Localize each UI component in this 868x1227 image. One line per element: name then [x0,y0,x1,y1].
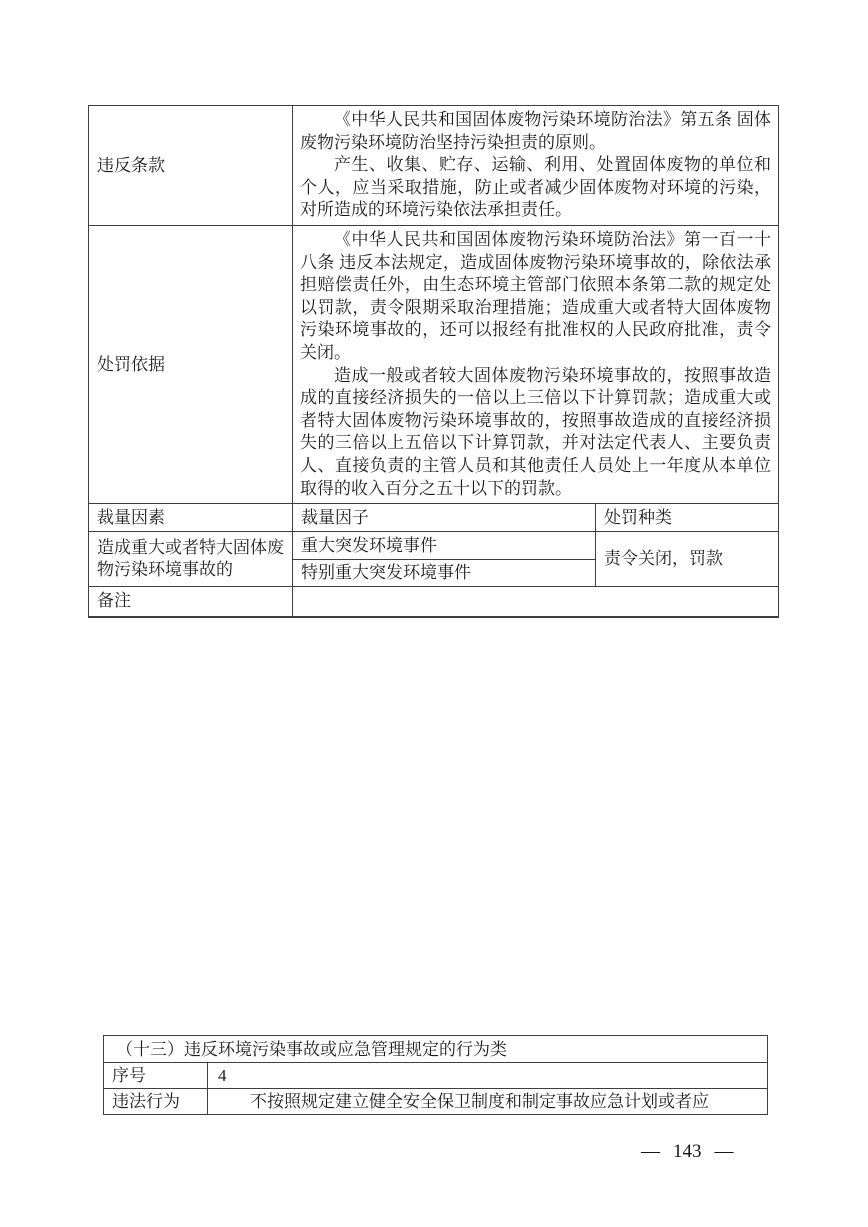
section-title-row: （十三）违反环境污染事故或应急管理规定的行为类 [104,1036,768,1063]
penalty-type-value: 责令关闭，罚款 [596,532,779,587]
document-page: 违反条款 《中华人民共和国固体废物污染环境防治法》第五条 固体废物污染环境防治坚… [0,0,868,1227]
violation-clause-content: 《中华人民共和国固体废物污染环境防治法》第五条 固体废物污染环境防治坚持污染担责… [293,106,779,226]
illegal-act-text: 不按照规定建立健全安全保卫制度和制定事故应急计划或者应 [216,1091,759,1112]
page-footer: — 143 — [641,1141,734,1163]
discretion-factor-value: 造成重大或者特大固体废物污染环境事故的 [89,532,293,587]
section-13-table: （十三）违反环境污染事故或应急管理规定的行为类 序号 4 违法行为 不按照规定建… [103,1035,768,1115]
penalty-basis-content: 《中华人民共和国固体废物污染环境防治法》第一百一十八条 违反本法规定，造成固体废… [293,225,779,503]
section-title: （十三）违反环境污染事故或应急管理规定的行为类 [104,1036,768,1063]
factor-subrow-1: 造成重大或者特大固体废物污染环境事故的 重大突发环境事件 责令关闭，罚款 [89,532,779,560]
discretion-header-row: 裁量因素 裁量因子 处罚种类 [89,504,779,532]
illegal-act-value: 不按照规定建立健全安全保卫制度和制定事故应急计划或者应 [208,1089,768,1115]
penalty-basis-paragraph-2: 造成一般或者较大固体废物污染环境事故的，按照事故造成的直接经济损失的一倍以上三倍… [300,365,771,501]
remarks-label: 备注 [89,587,293,617]
violation-clause-row: 违反条款 《中华人民共和国固体废物污染环境防治法》第五条 固体废物污染环境防治坚… [89,106,779,226]
sequence-label: 序号 [104,1063,208,1089]
illegal-act-row: 违法行为 不按照规定建立健全安全保卫制度和制定事故应急计划或者应 [104,1089,768,1115]
penalty-basis-label: 处罚依据 [89,225,293,503]
remarks-value [293,587,779,617]
violation-clause-paragraph-2: 产生、收集、贮存、运输、利用、处置固体废物的单位和个人，应当采取措施，防止或者减… [300,154,771,222]
sequence-row: 序号 4 [104,1063,768,1089]
illegal-act-label: 违法行为 [104,1089,208,1115]
penalty-type-header: 处罚种类 [596,504,779,532]
violation-clause-paragraph-1: 《中华人民共和国固体废物污染环境防治法》第五条 固体废物污染环境防治坚持污染担责… [300,109,771,154]
page-number: 143 [673,1141,702,1163]
discretion-subfactor-header: 裁量因子 [293,504,596,532]
subfactor-value-2: 特别重大突发环境事件 [293,560,596,587]
penalty-basis-row: 处罚依据 《中华人民共和国固体废物污染环境防治法》第一百一十八条 违反本法规定，… [89,225,779,503]
violation-clause-label: 违反条款 [89,106,293,226]
penalty-discretion-table: 违反条款 《中华人民共和国固体废物污染环境防治法》第五条 固体废物污染环境防治坚… [88,105,779,618]
footer-dash-right: — [715,1141,734,1163]
sequence-value: 4 [208,1063,768,1089]
footer-dash-left: — [641,1141,660,1163]
subfactor-value-1: 重大突发环境事件 [293,532,596,560]
penalty-basis-paragraph-1: 《中华人民共和国固体废物污染环境防治法》第一百一十八条 违反本法规定，造成固体废… [300,229,771,365]
remarks-row: 备注 [89,587,779,617]
discretion-factor-header: 裁量因素 [89,504,293,532]
